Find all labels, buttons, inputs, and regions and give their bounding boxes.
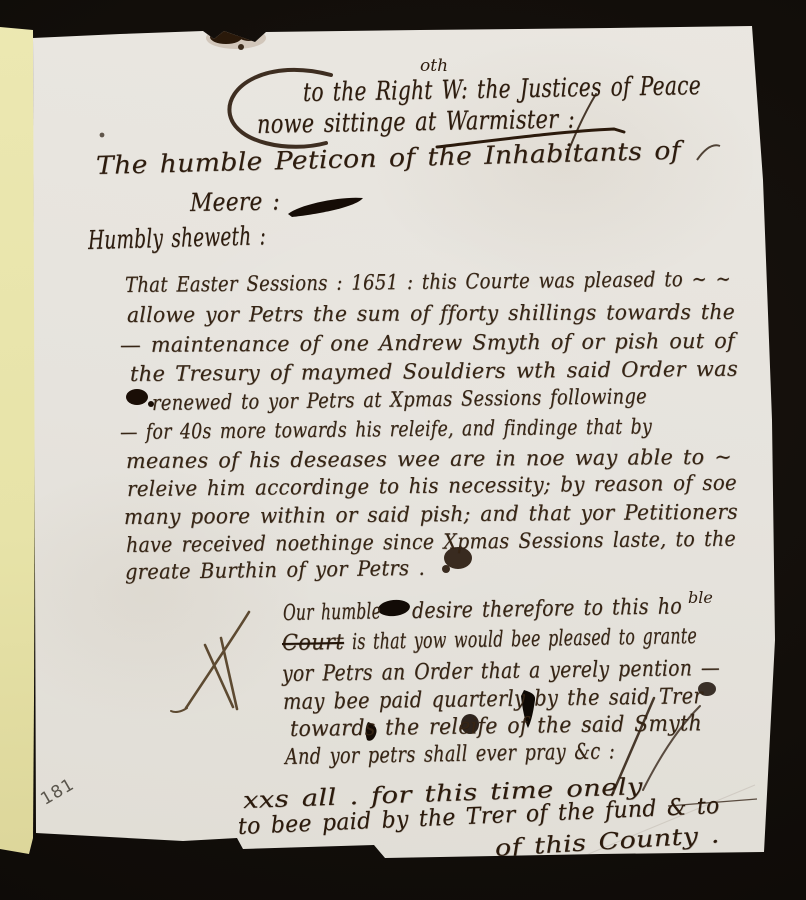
heading-line-2: nowe sittinge at Warmister : xyxy=(257,106,575,138)
margin-mark xyxy=(171,612,249,712)
body-line: allowe yor Petrs the sum of fforty shill… xyxy=(127,302,735,326)
body-line: the Tresury of maymed Souldiers wth said… xyxy=(130,359,738,385)
body-line10-blot xyxy=(442,547,472,573)
prayer-line-2: is that yow would bee pleased to grante xyxy=(352,626,697,654)
salutation: Humbly sheweth : xyxy=(88,223,267,254)
annotation-line-2: to bee paid by the Trer of the fund & to xyxy=(237,795,720,839)
prayer-line-1b: desire therefore to this ho xyxy=(412,596,682,623)
photo-backing: oth to the Right W: the Justices of Peac… xyxy=(0,0,806,900)
heading-line-1: to the Right W: the Justices of Peace xyxy=(303,73,701,106)
ink-marks-overlay xyxy=(0,0,806,900)
body-line: releive him accordinge to his necessity;… xyxy=(127,473,737,500)
body-line: renewed to yor Petrs at Xpmas Sessions f… xyxy=(152,386,647,414)
annotation-line-3: of this County . xyxy=(494,824,720,861)
prayer-line-2-struck: Court xyxy=(282,632,344,655)
heading-superscript: oth xyxy=(420,56,448,76)
title-line-1: The humble Peticon of the Inhabitants of xyxy=(96,138,681,178)
body-line: — maintenance of one Andrew Smyth of or … xyxy=(120,331,735,356)
title-line-2: Meere : xyxy=(190,188,280,215)
prayer-line-3: yor Petrs an Order that a yerely pention… xyxy=(282,658,720,686)
annotation-line-1: xxs all . for this time onely xyxy=(243,776,644,813)
top-edge-stain xyxy=(206,27,266,50)
prayer-line-6: And yor petrs shall ever pray &c : xyxy=(285,741,615,769)
body-line5-blot xyxy=(126,389,154,407)
ink-speck xyxy=(100,133,105,138)
folio-number: 181 xyxy=(37,774,78,809)
said-ink-blot xyxy=(461,714,479,734)
heading-flourish xyxy=(229,70,331,147)
prayer-line-4: may bee paid quarterly by the said Trer xyxy=(283,686,703,714)
body-line: have received noethinge since Xpmas Sess… xyxy=(126,529,736,556)
body-line: — for 40s more towards his releife, and … xyxy=(120,416,652,443)
quarterly-ink-blot xyxy=(521,690,535,728)
meere-blot-dash xyxy=(288,198,363,217)
warminster-underline xyxy=(437,94,624,152)
prayer-line1-blot xyxy=(377,598,410,617)
body-line: greate Burthin of yor Petrs . xyxy=(125,558,425,583)
prayer-line-1a: Our humble xyxy=(283,601,381,625)
prayer-line-5: towards the releife of the said Smyth xyxy=(290,713,702,741)
manuscript-page: oth to the Right W: the Justices of Peac… xyxy=(0,0,806,900)
trer-ink-blot xyxy=(698,682,716,696)
body-line: many poore within or said pish; and that… xyxy=(124,502,738,528)
prayer-superscript: ble xyxy=(688,588,713,607)
paper-crease-line xyxy=(545,785,755,872)
title-tail-curl xyxy=(697,145,720,160)
prayer-flourish xyxy=(612,698,700,795)
towards-ink-blot xyxy=(366,722,377,741)
body-line: That Easter Sessions : 1651 : this Court… xyxy=(125,269,731,296)
body-line: meanes of his deseases wee are in noe wa… xyxy=(126,447,732,472)
annotation-dash-line xyxy=(668,799,757,806)
